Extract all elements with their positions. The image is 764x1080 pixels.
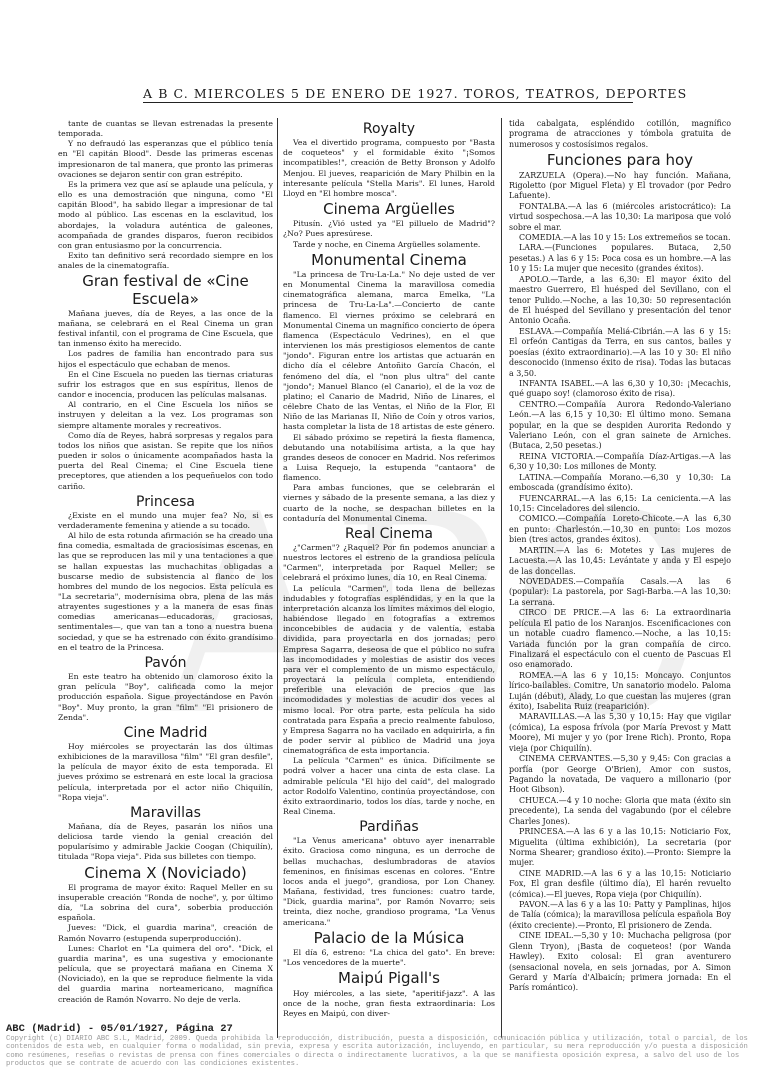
- article-paragraph: Hoy miércoles se proyectarán las dos últ…: [58, 742, 273, 803]
- article-paragraph: Es la primera vez que así se aplaude una…: [58, 180, 273, 251]
- section-heading: Maipú Pigall's: [283, 970, 495, 987]
- article-paragraph: CHUECA.—4 y 10 noche: Gloria que mata (é…: [509, 796, 731, 827]
- article-paragraph: ZARZUELA (Opera).—No hay función. Mañana…: [509, 171, 731, 202]
- article-paragraph: CINEMA CERVANTES.—5,30 y 9,45: Con graci…: [509, 754, 731, 796]
- section-heading: Princesa: [58, 494, 273, 510]
- article-paragraph: CINE IDEAL.—5,30 y 10: Muchacha peligros…: [509, 931, 731, 994]
- column-divider: [501, 118, 502, 1038]
- article-paragraph: Y no defraudó las esperanzas que el públ…: [58, 139, 273, 180]
- article-paragraph: LARA.—(Funciones populares. Butaca, 2,50…: [509, 243, 731, 274]
- page-masthead: A B C. MIERCOLES 5 DE ENERO DE 1927. TOR…: [143, 86, 633, 103]
- section-heading: Pavón: [58, 655, 273, 671]
- article-paragraph: Como día de Reyes, habrá sorpresas y reg…: [58, 431, 273, 492]
- article-paragraph: MARTIN.—A las 6: Motetes y Las mujeres d…: [509, 546, 731, 577]
- section-heading: Palacio de la Música: [283, 930, 495, 947]
- page-footer: ABC (Madrid) - 05/01/1927, Página 27 Cop…: [6, 1023, 758, 1068]
- article-paragraph: El programa de mayor éxito: Raquel Melle…: [58, 883, 273, 924]
- article-paragraph: REINA VICTORIA.—Compañía Díaz-Artigas.—A…: [509, 452, 731, 473]
- article-paragraph: Mañana jueves, día de Reyes, a las once …: [58, 309, 273, 350]
- article-paragraph: "La Venus americana" obtuvo ayer inenarr…: [283, 836, 495, 927]
- article-paragraph: Mañana, día de Reyes, pasarán los niños …: [58, 822, 273, 863]
- section-heading: Real Cinema: [283, 526, 495, 542]
- article-paragraph: En el Cine Escuela no pueden las tiernas…: [58, 370, 273, 400]
- article-paragraph: La película "Carmen" es única. Difícilme…: [283, 756, 495, 817]
- section-heading: Monumental Cinema: [283, 252, 495, 269]
- article-paragraph: Pitusín. ¿Vió usted ya "El pilluelo de M…: [283, 219, 495, 239]
- column-1: tante de cuantas se llevan estrenadas la…: [58, 119, 273, 1005]
- section-heading: Funciones para hoy: [509, 152, 731, 169]
- article-paragraph: ESLAVA.—Compañía Meliá-Cibrián.—A las 6 …: [509, 327, 731, 379]
- section-heading: Cinema Argüelles: [283, 201, 495, 218]
- article-paragraph: INFANTA ISABEL.—A las 6,30 y 10,30: ¡Mec…: [509, 379, 731, 400]
- article-paragraph: En este teatro ha obtenido un clamoroso …: [58, 672, 273, 723]
- article-paragraph: ROMEA.—A las 6 y 10,15: Moncayo. Conjunt…: [509, 671, 731, 713]
- copyright-notice: Copyright (c) DIARIO ABC S.L, Madrid, 20…: [6, 1035, 758, 1068]
- article-paragraph: ¿"Carmen"? ¿Raquel? Por fin podemos anun…: [283, 543, 495, 584]
- article-paragraph: tida cabalgata, espléndido cotillón, mag…: [509, 119, 731, 150]
- article-paragraph: CIRCO DE PRICE.—A las 6: La extraordinar…: [509, 608, 731, 671]
- section-heading: Cine Madrid: [58, 725, 273, 741]
- article-paragraph: PAVON.—A las 6 y a las 10: Patty y Pampl…: [509, 900, 731, 931]
- article-paragraph: NOVEDADES.—Compañía Casals.—A las 6 (pop…: [509, 577, 731, 608]
- article-paragraph: Exito tan definitivo será recordado siem…: [58, 251, 273, 271]
- article-paragraph: LATINA.—Compañía Morano.—6,30 y 10,30: L…: [509, 473, 731, 494]
- article-paragraph: APOLO.—Tarde, a las 6,30: El mayor éxito…: [509, 275, 731, 327]
- section-heading: Cinema X (Noviciado): [58, 865, 273, 882]
- article-paragraph: MARAVILLAS.—A las 5,30 y 10,15: Hay que …: [509, 712, 731, 754]
- article-paragraph: tante de cuantas se llevan estrenadas la…: [58, 119, 273, 139]
- article-paragraph: El sábado próximo se repetirá la fiesta …: [283, 433, 495, 484]
- column-divider: [277, 118, 278, 1038]
- article-paragraph: FUENCARRAL.—A las 6,15: La cenicienta.—A…: [509, 494, 731, 515]
- article-paragraph: Vea el divertido programa, compuesto por…: [283, 138, 495, 199]
- article-paragraph: Al hilo de esta rotunda afirmación se ha…: [58, 531, 273, 653]
- article-paragraph: ¿Existe en el mundo una mujer fea? No, s…: [58, 511, 273, 531]
- article-paragraph: COMICO.—Compañía Loreto-Chicote.—A las 6…: [509, 514, 731, 545]
- article-paragraph: La película "Carmen", toda llena de bell…: [283, 584, 495, 757]
- article-paragraph: "La princesa de Tru-La-La." No deje uste…: [283, 270, 495, 433]
- article-paragraph: El día 6, estreno: "La chica del gato". …: [283, 948, 495, 968]
- article-paragraph: PRINCESA.—A las 6 y a las 10,15: Noticia…: [509, 827, 731, 869]
- column-2: RoyaltyVea el divertido programa, compue…: [283, 119, 495, 1019]
- article-paragraph: CENTRO.—Compañía Aurora Redondo-Valerian…: [509, 400, 731, 452]
- article-paragraph: Al contrario, en el Cine Escuela los niñ…: [58, 400, 273, 430]
- article-paragraph: CINE MADRID.—A las 6 y a las 10,15: Noti…: [509, 869, 731, 900]
- article-paragraph: Los padres de familia han encontrado par…: [58, 349, 273, 369]
- article-paragraph: FONTALBA.—A las 6 (miércoles aristocráti…: [509, 202, 731, 233]
- article-paragraph: Lunes: Charlot en "La quimera del oro". …: [58, 944, 273, 1005]
- article-paragraph: Jueves: "Dick, el guardia marina", creac…: [58, 923, 273, 943]
- section-heading: Gran festival de «Cine Escuela»: [58, 273, 273, 308]
- section-heading: Maravillas: [58, 805, 273, 821]
- article-paragraph: COMEDIA.—A las 10 y 15: Los extremeños s…: [509, 233, 731, 243]
- article-paragraph: Para ambas funciones, que se celebrarán …: [283, 483, 495, 524]
- section-heading: Royalty: [283, 121, 495, 137]
- article-paragraph: Hoy miércoles, a las siete, "aperitif-ja…: [283, 989, 495, 1019]
- column-3: tida cabalgata, espléndido cotillón, mag…: [509, 119, 731, 994]
- page-reference: ABC (Madrid) - 05/01/1927, Página 27: [6, 1023, 758, 1035]
- article-paragraph: Tarde y noche, en Cinema Argüelles solam…: [283, 240, 495, 250]
- section-heading: Pardiñas: [283, 819, 495, 835]
